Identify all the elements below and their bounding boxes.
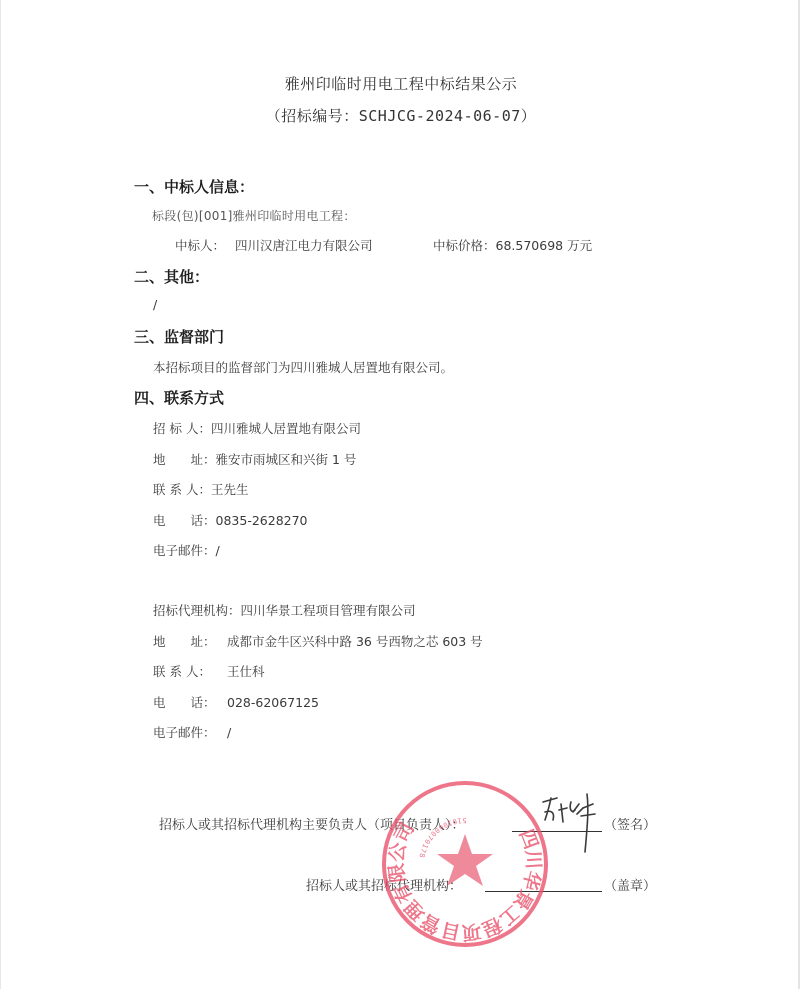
handwritten-signature (539, 790, 603, 860)
contact-value: 028-62067125 (227, 695, 319, 710)
document-subtitle: （招标编号：SCHJCG-2024-06-07） (1, 105, 800, 126)
section3-content: 本招标项目的监督部门为四川雅城人居置地有限公司。 (153, 358, 453, 376)
company-seal-stamp: 四川华景工程项目管理有限公司 5101060070178 (380, 779, 550, 949)
contact-value: / (216, 543, 220, 558)
document-title: 雅州印临时用电工程中标结果公示 (1, 73, 800, 94)
svg-text:四川华景工程项目管理有限公司: 四川华景工程项目管理有限公司 (380, 779, 550, 949)
section1-heading: 一、中标人信息： (134, 176, 254, 197)
price-label: 中标价格： (433, 238, 496, 253)
contact-label: 招 标 人： (153, 421, 211, 436)
contact-value: 雅安市雨城区和兴街 1 号 (216, 452, 357, 467)
section2-heading: 二、其他： (134, 266, 209, 287)
seal-label: 招标人或其招标代理机构： (306, 875, 462, 894)
contact-value: / (227, 725, 231, 740)
contact-value: 四川雅城人居置地有限公司 (211, 421, 361, 436)
winner-value: 四川汉唐江电力有限公司 (235, 238, 373, 253)
agency-name-row: 招标代理机构：四川华景工程项目管理有限公司 (153, 601, 416, 619)
section4-heading: 四、联系方式 (134, 387, 224, 408)
tenderer-address-row: 地 址：雅安市雨城区和兴街 1 号 (153, 450, 356, 468)
tenderer-name-row: 招 标 人：四川雅城人居置地有限公司 (153, 419, 361, 437)
agency-contact-row: 联 系 人：王仕科 (153, 662, 265, 680)
contact-value: 0835-2628270 (216, 513, 308, 528)
price-value: 68.570698 (496, 238, 564, 253)
subtitle-prefix: （招标编号： (266, 107, 359, 125)
contact-label: 电子邮件： (153, 543, 216, 558)
document-page: 雅州印临时用电工程中标结果公示 （招标编号：SCHJCG-2024-06-07）… (0, 0, 800, 989)
price-row: 中标价格：68.570698 万元 (433, 236, 592, 254)
subtitle-suffix: ） (521, 107, 537, 125)
price-unit: 万元 (567, 238, 592, 253)
contact-label: 电 话： (153, 693, 227, 711)
contact-label: 地 址： (153, 632, 227, 650)
signature-label: 招标人或其招标代理机构主要负责人（项目负责人）： (159, 814, 465, 833)
tenderer-email-row: 电子邮件：/ (153, 541, 220, 559)
contact-label: 电子邮件： (153, 723, 227, 741)
contact-value: 四川华景工程项目管理有限公司 (241, 603, 416, 618)
winner-label: 中标人： (175, 238, 225, 253)
section2-content: / (153, 297, 157, 312)
tenderer-contact-row: 联 系 人：王先生 (153, 480, 248, 498)
signature-suffix: （签名） (604, 814, 656, 833)
contact-label: 地 址： (153, 452, 216, 467)
winner-row: 中标人： 四川汉唐江电力有限公司 (175, 236, 373, 254)
section3-heading: 三、监督部门 (134, 326, 224, 347)
lot-name: 标段(包)[001]雅州印临时用电工程： (152, 207, 356, 224)
contact-value: 成都市金牛区兴科中路 36 号西物之芯 603 号 (227, 634, 483, 649)
contact-label: 联 系 人： (153, 662, 227, 680)
contact-label: 电 话： (153, 513, 216, 528)
seal-suffix: （盖章） (604, 875, 656, 894)
contact-value: 王先生 (211, 482, 249, 497)
agency-phone-row: 电 话：028-62067125 (153, 693, 319, 711)
tenderer-phone-row: 电 话：0835-2628270 (153, 511, 308, 529)
contact-label: 招标代理机构： (153, 603, 241, 618)
contact-value: 王仕科 (227, 664, 265, 679)
agency-address-row: 地 址：成都市金牛区兴科中路 36 号西物之芯 603 号 (153, 632, 483, 650)
tender-code: SCHJCG-2024-06-07 (359, 107, 521, 125)
contact-label: 联 系 人： (153, 482, 211, 497)
agency-email-row: 电子邮件：/ (153, 723, 231, 741)
seal-line (485, 891, 602, 892)
stamp-text: 四川华景工程项目管理有限公司 (380, 779, 550, 949)
